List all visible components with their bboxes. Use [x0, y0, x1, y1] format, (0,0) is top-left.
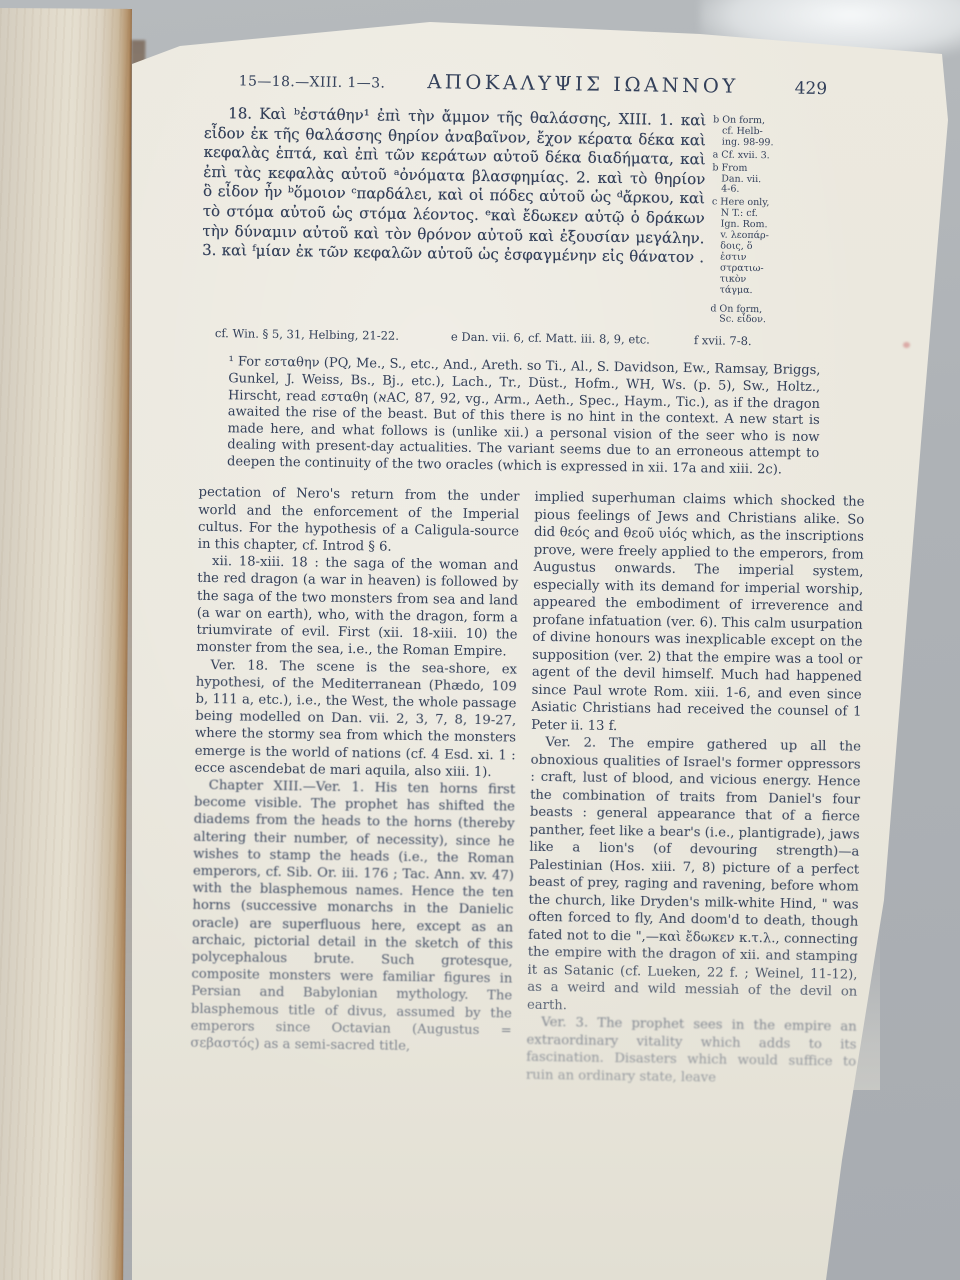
apparatus-entry: f xvii. 7-8.: [694, 333, 752, 348]
book-photo: 15—18.—XIII. 1—3. ΑΠΟΚΑΛΥΨΙΣ ΙΩΑΝΝΟΥ 429…: [0, 0, 960, 1280]
greek-text: 18. Καὶ ᵇἐστάθην¹ ἐπὶ τὴν ἄμμον τῆς θαλά…: [201, 104, 706, 328]
commentary-paragraph: implied superhuman claims which shocked …: [531, 489, 865, 739]
commentary-paragraph: Chapter XIII.—Ver. 1. His ten horns firs…: [190, 777, 515, 1057]
margin-note: b From Dan. vii. 4-6.: [712, 163, 794, 197]
left-page-edge: [0, 8, 132, 1280]
apparatus-entry: e Dan. vii. 6, cf. Matt. iii. 8, 9, etc.: [451, 330, 650, 347]
margin-note: b On form, cf. Helb- ing. 98-99.: [713, 115, 795, 149]
commentary-paragraph: Ver. 2. The empire gathered up all the o…: [527, 734, 861, 1019]
footnote-text: ¹ For εσταθην (PQ, Me., S., etc., And., …: [227, 355, 821, 480]
apparatus-entry: cf. Win. § 5, 31, Helbing, 21-22.: [215, 326, 399, 343]
page-number: 429: [780, 78, 868, 99]
page-inner: 15—18.—XIII. 1—3. ΑΠΟΚΑΛΥΨΙΣ ΙΩΑΝΝΟΥ 429…: [117, 0, 874, 1089]
left-column: pectation of Nero's return from the unde…: [190, 484, 520, 1084]
apparatus-line: cf. Win. § 5, 31, Helbing, 21-22. e Dan.…: [201, 326, 797, 349]
page-header: 15—18.—XIII. 1—3. ΑΠΟΚΑΛΥΨΙΣ ΙΩΑΝΝΟΥ 429: [205, 67, 869, 100]
commentary-paragraph: pectation of Nero's return from the unde…: [198, 484, 520, 558]
commentary-paragraph: xii. 18-xiii. 18 : the saga of the woman…: [196, 553, 518, 661]
commentary-columns: pectation of Nero's return from the unde…: [190, 484, 867, 1089]
margin-note: a Cf. xvii. 3.: [713, 150, 795, 162]
right-column: implied superhuman claims which shocked …: [526, 489, 865, 1089]
commentary-paragraph: Ver. 3. The prophet sees in the empire a…: [526, 1014, 857, 1089]
page-content: 15—18.—XIII. 1—3. ΑΠΟΚΑΛΥΨΙΣ ΙΩΑΝΝΟΥ 429…: [117, 0, 913, 1090]
commentary-paragraph: Ver. 18. The scene is the sea-shore, ex …: [194, 656, 517, 781]
running-title: ΑΠΟΚΑΛΥΨΙΣ ΙΩΑΝΝΟΥ: [385, 70, 781, 99]
running-reference: 15—18.—XIII. 1—3.: [239, 73, 386, 91]
margin-note: c Here only, N T.: cf. Ign. Rom. v. λεοπ…: [711, 198, 794, 297]
greek-passage-block: 18. Καὶ ᵇἐστάθην¹ ἐπὶ τὴν ἄμμον τῆς θαλά…: [201, 104, 872, 330]
margin-note: d On form, Sc. εἶδον.: [710, 304, 792, 327]
margin-notes: b On form, cf. Helb- ing. 98-99. a Cf. x…: [710, 111, 795, 329]
